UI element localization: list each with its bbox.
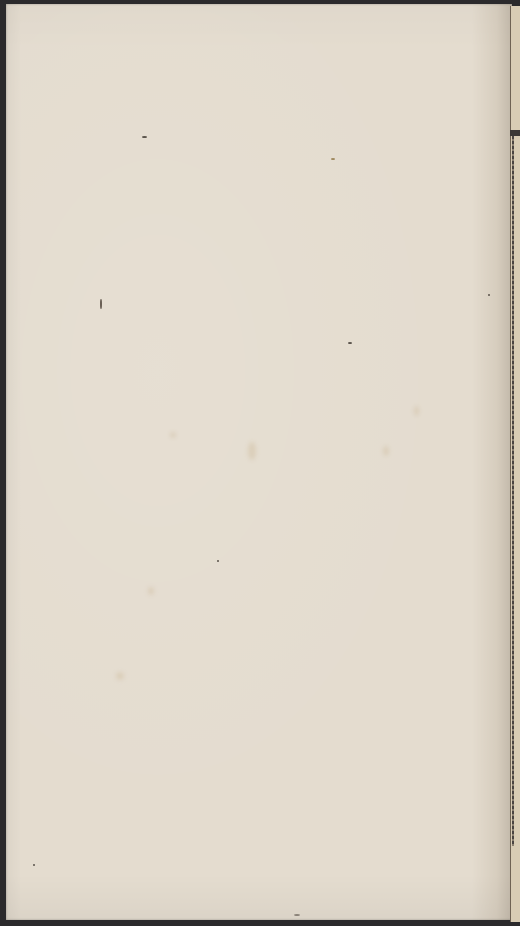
blank-book-page [6,4,512,920]
paper-speck [488,294,490,296]
paper-stain [414,406,419,416]
paper-stain [148,587,154,595]
facing-page-rule [512,136,514,846]
paper-stain [383,446,389,456]
paper-speck [142,136,147,138]
paper-speck [348,342,352,344]
paper-stain [116,672,124,680]
paper-stain [170,432,176,438]
paper-speck [331,158,335,160]
paper-speck [33,864,35,866]
paper-speck [217,560,219,562]
paper-speck [294,914,300,916]
paper-stain [248,442,256,460]
paper-speck [100,299,102,309]
